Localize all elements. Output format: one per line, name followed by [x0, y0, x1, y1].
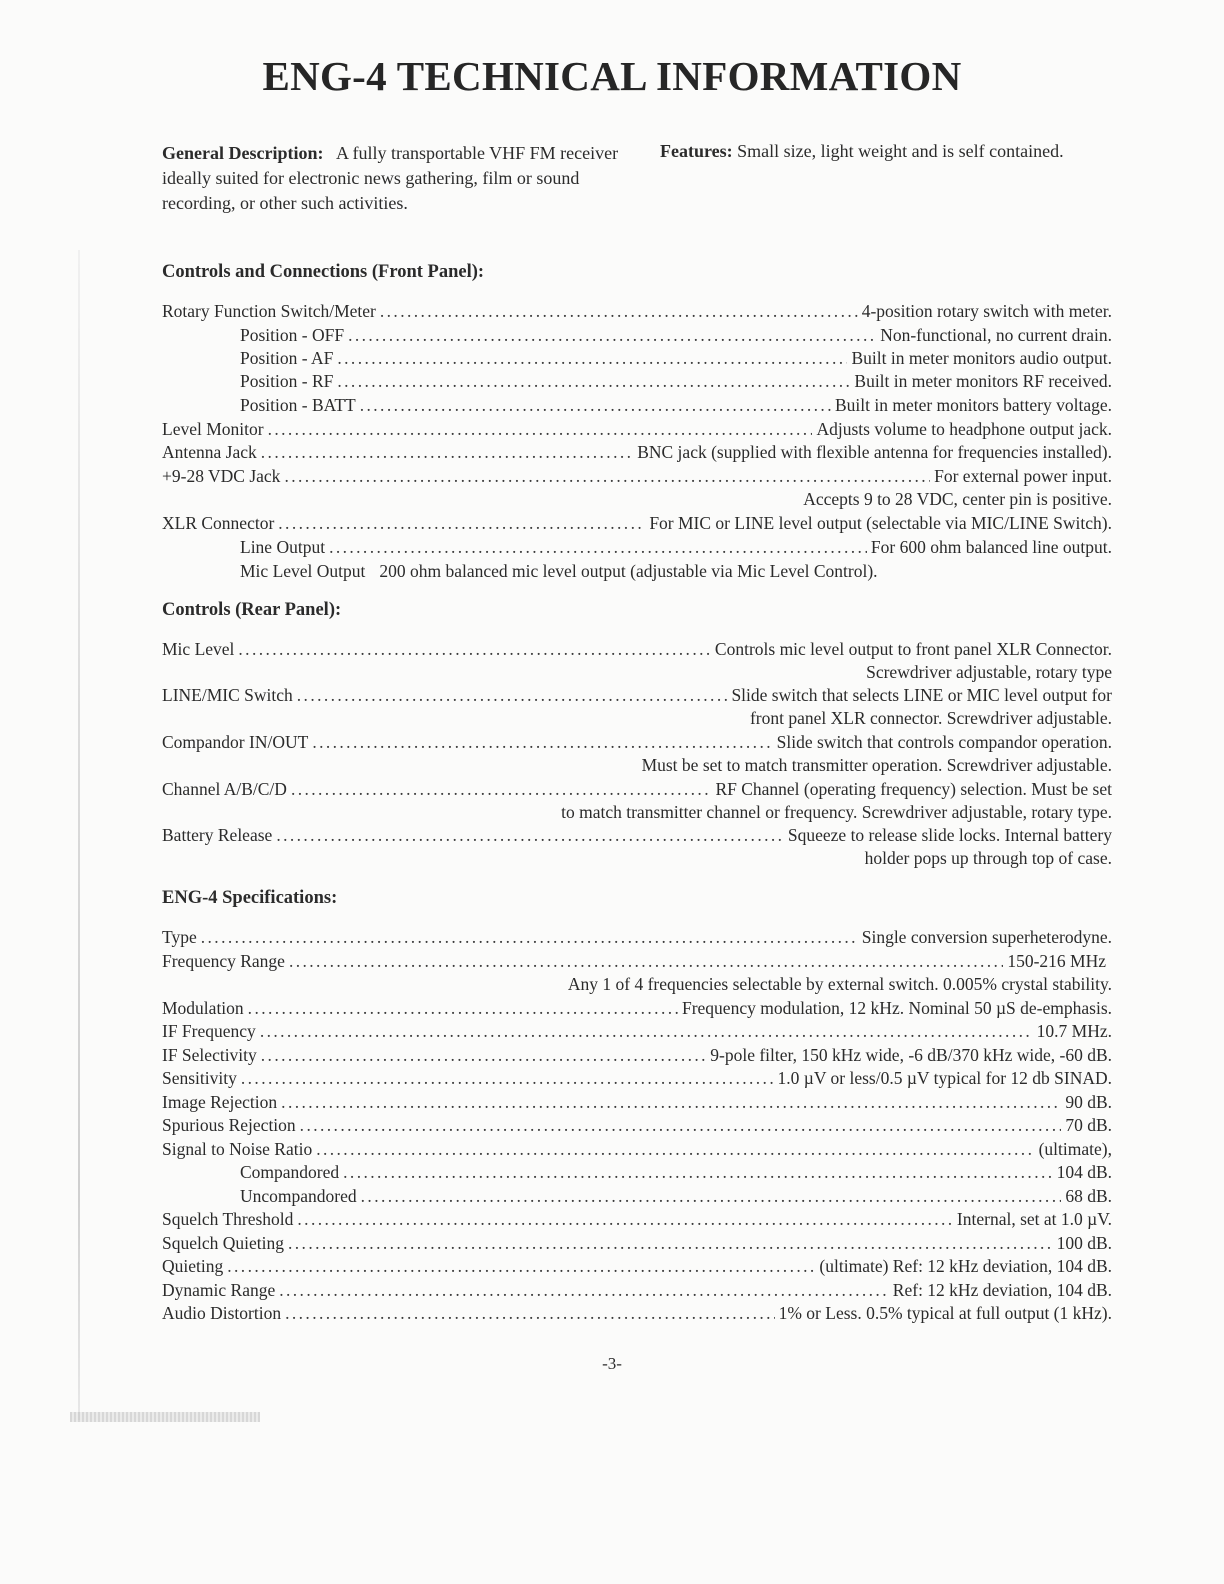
row-value: Non-functional, no current drain. — [880, 325, 1112, 346]
row-value: 68 dB. — [1065, 1186, 1112, 1207]
leader-dots — [285, 1303, 774, 1324]
leader-dots — [300, 1115, 1062, 1136]
spec-row: Dynamic RangeRef: 12 kHz deviation, 104 … — [162, 1280, 1112, 1304]
spec-row: +9-28 VDC JackFor external power input. — [162, 466, 1112, 490]
row-label: Frequency Range — [162, 951, 285, 972]
row-label: IF Frequency — [162, 1021, 256, 1042]
row-label: Spurious Rejection — [162, 1115, 296, 1136]
leader-dots — [380, 301, 858, 322]
row-label: Rotary Function Switch/Meter — [162, 301, 376, 322]
row-value: Squeeze to release slide locks. Internal… — [788, 825, 1112, 846]
row-continuation: Accepts 9 to 28 VDC, center pin is posit… — [803, 489, 1112, 510]
specifications-heading: ENG-4 Specifications: — [162, 888, 337, 909]
spec-row: IF Frequency10.7 MHz. — [162, 1021, 1112, 1045]
spec-row: Image Rejection90 dB. — [162, 1092, 1112, 1116]
row-value: 200 ohm balanced mic level output (adjus… — [379, 561, 877, 582]
row-value: 70 dB. — [1065, 1115, 1112, 1136]
row-continuation: to match transmitter channel or frequenc… — [561, 802, 1112, 823]
leader-dots — [343, 1162, 1052, 1183]
row-value: Built in meter monitors battery voltage. — [835, 395, 1112, 416]
row-label: Type — [162, 927, 197, 948]
spec-row: Compandor IN/OUTSlide switch that contro… — [162, 732, 1112, 756]
row-label: Level Monitor — [162, 419, 264, 440]
row-value: Internal, set at 1.0 µV. — [957, 1209, 1112, 1230]
spec-row: Battery ReleaseSqueeze to release slide … — [162, 825, 1112, 849]
leader-dots — [268, 419, 813, 440]
row-label: Quieting — [162, 1256, 223, 1277]
row-value: Single conversion superheterodyne. — [862, 927, 1112, 948]
spec-row: Position - BATTBuilt in meter monitors b… — [162, 395, 1112, 419]
row-value: 100 dB. — [1057, 1233, 1112, 1254]
front-panel-heading: Controls and Connections (Front Panel): — [162, 262, 484, 283]
row-label: Line Output — [162, 537, 325, 558]
scan-smudge-artifact — [70, 1412, 260, 1422]
leader-dots — [261, 1045, 706, 1066]
spec-row: Mic LevelControls mic level output to fr… — [162, 639, 1112, 663]
leader-dots — [297, 685, 728, 706]
spec-row: Antenna JackBNC jack (supplied with flex… — [162, 442, 1112, 466]
leader-dots — [276, 825, 784, 846]
row-value: Slide switch that controls compandor ope… — [777, 732, 1112, 753]
spec-row: Sensitivity1.0 µV or less/0.5 µV typical… — [162, 1068, 1112, 1092]
leader-dots — [316, 1139, 1034, 1160]
spec-row: LINE/MIC SwitchSlide switch that selects… — [162, 685, 1112, 709]
spec-row: Channel A/B/C/DRF Channel (operating fre… — [162, 779, 1112, 803]
row-value: 150-216 MHz — [1007, 951, 1112, 972]
features: Features: Small size, light weight and i… — [660, 139, 1130, 164]
spec-row: Squelch Quieting100 dB. — [162, 1233, 1112, 1257]
row-label: Squelch Threshold — [162, 1209, 293, 1230]
row-value: 104 dB. — [1057, 1162, 1112, 1183]
row-label: Mic Level Output — [162, 561, 365, 582]
spec-row: Quieting(ultimate) Ref: 12 kHz deviation… — [162, 1256, 1112, 1280]
row-value: 9-pole filter, 150 kHz wide, -6 dB/370 k… — [710, 1045, 1112, 1066]
row-value: Adjusts volume to headphone output jack. — [816, 419, 1112, 440]
row-continuation: Screwdriver adjustable, rotary type — [866, 662, 1112, 683]
leader-dots — [361, 1186, 1062, 1207]
scan-edge-artifact — [78, 250, 80, 1420]
row-label: Mic Level — [162, 639, 234, 660]
row-label: Position - RF — [162, 371, 333, 392]
row-value: BNC jack (supplied with flexible antenna… — [637, 442, 1112, 463]
row-label: Antenna Jack — [162, 442, 257, 463]
page-title: ENG-4 TECHNICAL INFORMATION — [0, 52, 1224, 100]
leader-dots — [260, 1021, 1033, 1042]
row-value: 10.7 MHz. — [1037, 1021, 1112, 1042]
leader-dots — [337, 348, 847, 369]
spec-row: Rotary Function Switch/Meter4-position r… — [162, 301, 1112, 325]
row-value: 4-position rotary switch with meter. — [862, 301, 1112, 322]
row-value: Built in meter monitors audio output. — [851, 348, 1112, 369]
leader-dots — [297, 1209, 953, 1230]
leader-dots — [348, 325, 876, 346]
spec-row: Compandored104 dB. — [162, 1162, 1112, 1186]
leader-dots — [279, 1280, 889, 1301]
leader-dots — [289, 951, 1003, 972]
rear-panel-heading: Controls (Rear Panel): — [162, 600, 341, 621]
row-value: Slide switch that selects LINE or MIC le… — [731, 685, 1112, 706]
row-label: Compandor IN/OUT — [162, 732, 308, 753]
row-label: XLR Connector — [162, 513, 274, 534]
spec-row: Level MonitorAdjusts volume to headphone… — [162, 419, 1112, 443]
leader-dots — [329, 537, 867, 558]
row-value: Ref: 12 kHz deviation, 104 dB. — [893, 1280, 1112, 1301]
row-label: Position - AF — [162, 348, 333, 369]
features-label: Features: — [660, 141, 733, 161]
spec-row: ModulationFrequency modulation, 12 kHz. … — [162, 998, 1112, 1022]
spec-row: IF Selectivity9-pole filter, 150 kHz wid… — [162, 1045, 1112, 1069]
features-text: Small size, light weight and is self con… — [737, 141, 1063, 161]
row-value: 1.0 µV or less/0.5 µV typical for 12 db … — [778, 1068, 1113, 1089]
spec-row: Signal to Noise Ratio(ultimate), — [162, 1139, 1112, 1163]
spec-row: Audio Distortion1% or Less. 0.5% typical… — [162, 1303, 1112, 1327]
row-value: 90 dB. — [1065, 1092, 1112, 1113]
row-value: 1% or Less. 0.5% typical at full output … — [779, 1303, 1112, 1324]
leader-dots — [288, 1233, 1053, 1254]
page-number: -3- — [0, 1354, 1224, 1374]
row-value: (ultimate), — [1039, 1139, 1112, 1160]
leader-dots — [278, 513, 645, 534]
spec-row: Position - RFBuilt in meter monitors RF … — [162, 371, 1112, 395]
general-description: General Description: A fully transportab… — [162, 141, 622, 216]
row-value: For external power input. — [934, 466, 1112, 487]
row-value: Controls mic level output to front panel… — [715, 639, 1112, 660]
row-label: Channel A/B/C/D — [162, 779, 287, 800]
leader-dots — [291, 779, 712, 800]
row-label: Modulation — [162, 998, 244, 1019]
leader-dots — [284, 466, 930, 487]
leader-dots — [261, 442, 633, 463]
leader-dots — [248, 998, 678, 1019]
row-value: Frequency modulation, 12 kHz. Nominal 50… — [682, 998, 1112, 1019]
row-label: Sensitivity — [162, 1068, 237, 1089]
general-description-label: General Description: — [162, 143, 323, 163]
row-label: Compandored — [162, 1162, 339, 1183]
leader-dots — [241, 1068, 774, 1089]
row-continuation: front panel XLR connector. Screwdriver a… — [750, 708, 1112, 729]
spec-row: TypeSingle conversion superheterodyne. — [162, 927, 1112, 951]
row-value: RF Channel (operating frequency) selecti… — [715, 779, 1112, 800]
row-label: Position - BATT — [162, 395, 356, 416]
leader-dots — [281, 1092, 1061, 1113]
leader-dots — [201, 927, 858, 948]
leader-dots — [360, 395, 831, 416]
leader-dots — [337, 371, 850, 392]
spec-row: Squelch ThresholdInternal, set at 1.0 µV… — [162, 1209, 1112, 1233]
row-label: +9-28 VDC Jack — [162, 466, 280, 487]
row-label: Squelch Quieting — [162, 1233, 284, 1254]
row-label: Battery Release — [162, 825, 272, 846]
row-label: Audio Distortion — [162, 1303, 281, 1324]
spec-row: Frequency Range150-216 MHz — [162, 951, 1112, 975]
spec-row: Spurious Rejection70 dB. — [162, 1115, 1112, 1139]
row-continuation: holder pops up through top of case. — [865, 848, 1112, 869]
row-label: IF Selectivity — [162, 1045, 257, 1066]
row-label: Image Rejection — [162, 1092, 277, 1113]
spec-row: Uncompandored68 dB. — [162, 1186, 1112, 1210]
row-value: (ultimate) Ref: 12 kHz deviation, 104 dB… — [819, 1256, 1112, 1277]
row-continuation: Must be set to match transmitter operati… — [642, 755, 1112, 776]
row-continuation: Any 1 of 4 frequencies selectable by ext… — [568, 974, 1112, 995]
row-value: For MIC or LINE level output (selectable… — [649, 513, 1112, 534]
spec-row: Position - OFFNon-functional, no current… — [162, 325, 1112, 349]
leader-dots — [238, 639, 711, 660]
row-value: For 600 ohm balanced line output. — [871, 537, 1112, 558]
row-label: Dynamic Range — [162, 1280, 275, 1301]
row-label: Position - OFF — [162, 325, 344, 346]
spec-row: Mic Level Output200 ohm balanced mic lev… — [162, 561, 1112, 585]
row-label: LINE/MIC Switch — [162, 685, 293, 706]
spec-row: XLR ConnectorFor MIC or LINE level outpu… — [162, 513, 1112, 537]
spec-row: Position - AFBuilt in meter monitors aud… — [162, 348, 1112, 372]
row-value: Built in meter monitors RF received. — [854, 371, 1112, 392]
spec-row: Line OutputFor 600 ohm balanced line out… — [162, 537, 1112, 561]
leader-dots — [227, 1256, 815, 1277]
row-label: Signal to Noise Ratio — [162, 1139, 312, 1160]
leader-dots — [312, 732, 772, 753]
row-label: Uncompandored — [162, 1186, 357, 1207]
